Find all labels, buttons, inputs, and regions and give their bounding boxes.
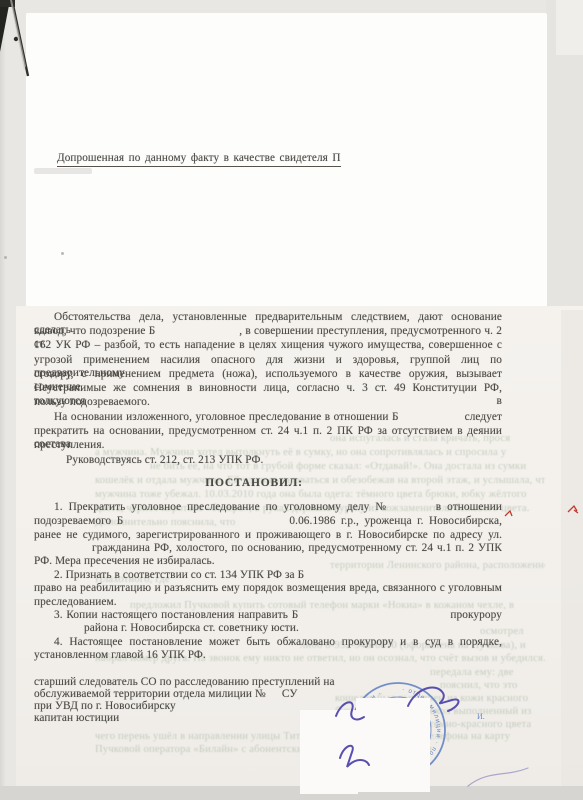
body-text-line: 4. Настоящее постановление может быть об… <box>34 636 502 649</box>
resolution-heading: ПОСТАНОВИЛ: <box>34 477 474 490</box>
bleedthrough-line: Пучковой оператора «Билайн» с абонентски… <box>95 744 545 755</box>
body-text-line: 162 УК РФ – разбой, то есть нападение в … <box>34 339 502 352</box>
body-text-line: 1. Прекратить уголовное преследование по… <box>34 501 502 514</box>
redaction-gap <box>34 550 92 551</box>
body-text-line: ранее не судимого, зарегистрированного и… <box>34 529 502 542</box>
redaction-gap <box>388 509 436 510</box>
redaction-gap <box>266 696 282 697</box>
witness-line: Допрошенная по данному факту в качестве … <box>57 152 407 165</box>
scanned-document-page: она испугалась и стала кричать, просяа м… <box>0 0 583 800</box>
redaction-gap <box>298 617 450 618</box>
redaction-gap <box>399 419 465 420</box>
body-text-line: гражданина РФ, холостого, по основанию, … <box>34 542 502 555</box>
redaction-gap <box>155 333 239 334</box>
body-text-line: установленном главой 16 УПК РФ. <box>34 649 502 662</box>
body-text-line: преступления. <box>34 439 502 452</box>
body-text-line: 3. Копии настоящего постановления направ… <box>34 609 502 622</box>
body-text-line: На основании изложенного, уголовное прес… <box>34 411 502 424</box>
scanner-bed-strip <box>0 786 583 800</box>
paper-speck <box>61 252 64 255</box>
body-text-line: пользу подозреваемого. <box>34 396 502 409</box>
body-text-line: преследованием. <box>34 596 502 609</box>
body-text-line: РФ. Мера пресечения не избиралась. <box>34 555 502 568</box>
body-text-line: подозреваемого Б0.06.1986 г.р., уроженца… <box>34 515 502 528</box>
signer-rank-line: капитан юстиции <box>34 712 502 725</box>
bleedthrough-line: мужчина тоже убежал. 10.03.2010 года она… <box>95 489 545 500</box>
body-text-line: Руководствуясь ст. 212, ст. 213 УПК РФ. <box>34 454 502 467</box>
body-text-line: 2. Признать в соответствии со ст. 134 УП… <box>34 569 502 582</box>
pencil-smudge <box>34 168 92 174</box>
paper-left-edge <box>0 0 6 800</box>
redaction-gap <box>34 630 84 631</box>
paper-speck <box>4 256 7 259</box>
paper-right-margin-lower <box>561 310 583 788</box>
redaction-gap <box>123 523 289 524</box>
body-text-line: право на реабилитацию и разъяснить ему п… <box>34 582 502 595</box>
body-text-line: района г. Новосибирска ст. советнику юст… <box>34 622 502 635</box>
paper-corner-highlight <box>556 0 583 55</box>
bleedthrough-line: чего перень ушёл в направлении улицы Тит… <box>95 731 545 742</box>
